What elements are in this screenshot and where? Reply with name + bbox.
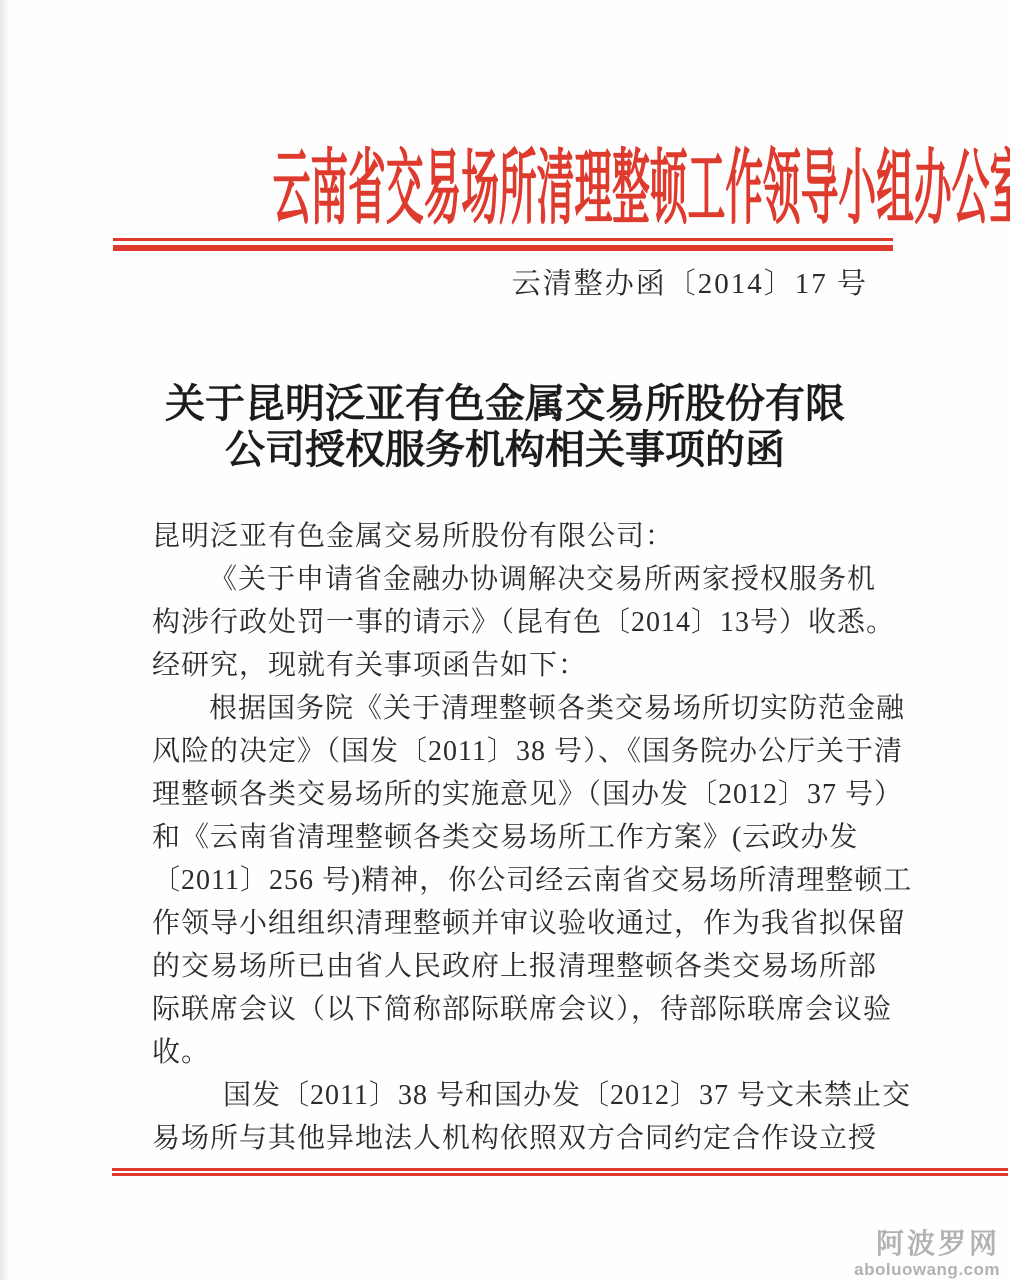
body-text-line: 作领导小组组织清理整顿并审议验收通过，作为我省拟保留 — [152, 902, 878, 945]
watermark-site-name: 阿波罗网 — [854, 1228, 1000, 1260]
body-text-line: 理整顿各类交易场所的实施意见》（国办发〔2012〕37 号） — [152, 773, 878, 816]
letterhead-divider-thick-rule — [113, 245, 893, 251]
body-text-line: 经研究，现就有关事项函告如下： — [152, 644, 878, 687]
body-text-line: 和《云南省清理整顿各类交易场所工作方案》(云政办发 — [152, 816, 878, 859]
letterhead-org-name: 云南省交易场所清理整顿工作领导小组办公室 — [273, 146, 738, 232]
footer-divider-lower-rule — [112, 1173, 1008, 1176]
footer-divider-upper-rule — [112, 1168, 1008, 1171]
body-text-line: 易场所与其他异地法人机构依照双方合同约定合作设立授 — [152, 1117, 878, 1160]
document-title: 关于昆明泛亚有色金属交易所股份有限 公司授权服务机构相关事项的函 — [0, 381, 1010, 473]
body-text-line: 国发〔2011〕38 号和国办发〔2012〕37 号文未禁止交 — [152, 1074, 878, 1117]
footer-divider — [112, 1168, 1008, 1176]
body-text-line: 根据国务院《关于清理整顿各类交易场所切实防范金融 — [152, 687, 878, 730]
body-text-line: 风险的决定》（国发〔2011〕38 号）、《国务院办公厅关于清 — [152, 730, 878, 773]
letterhead-divider-thin-rule — [113, 238, 893, 241]
body-text-line: 《关于申请省金融办协调解决交易所两家授权服务机 — [152, 558, 878, 601]
watermark-domain: aboluowang.com — [854, 1260, 1000, 1280]
body-text-line: 的交易场所已由省人民政府上报清理整顿各类交易场所部 — [152, 945, 878, 988]
scan-edge-shadow — [0, 0, 10, 1280]
document-body: 昆明泛亚有色金属交易所股份有限公司： 《关于申请省金融办协调解决交易所两家授权服… — [152, 515, 878, 1160]
document-title-line1: 关于昆明泛亚有色金属交易所股份有限 — [165, 381, 845, 426]
body-text-line: 际联席会议（以下简称部际联席会议），待部际联席会议验 — [152, 988, 878, 1031]
body-text-line: 昆明泛亚有色金属交易所股份有限公司： — [152, 515, 878, 558]
letterhead-divider — [113, 238, 893, 251]
body-text-line: 构涉行政处罚一事的请示》（昆有色〔2014〕13号）收悉。 — [152, 601, 878, 644]
document-title-line2: 公司授权服务机构相关事项的函 — [225, 427, 785, 472]
body-text-line: 〔2011〕256 号)精神，你公司经云南省交易场所清理整顿工 — [152, 859, 878, 902]
body-text-line: 收。 — [152, 1031, 878, 1074]
watermark: 阿波罗网 aboluowang.com — [854, 1228, 1000, 1280]
document-number: 云清整办函〔2014〕17 号 — [512, 266, 868, 302]
